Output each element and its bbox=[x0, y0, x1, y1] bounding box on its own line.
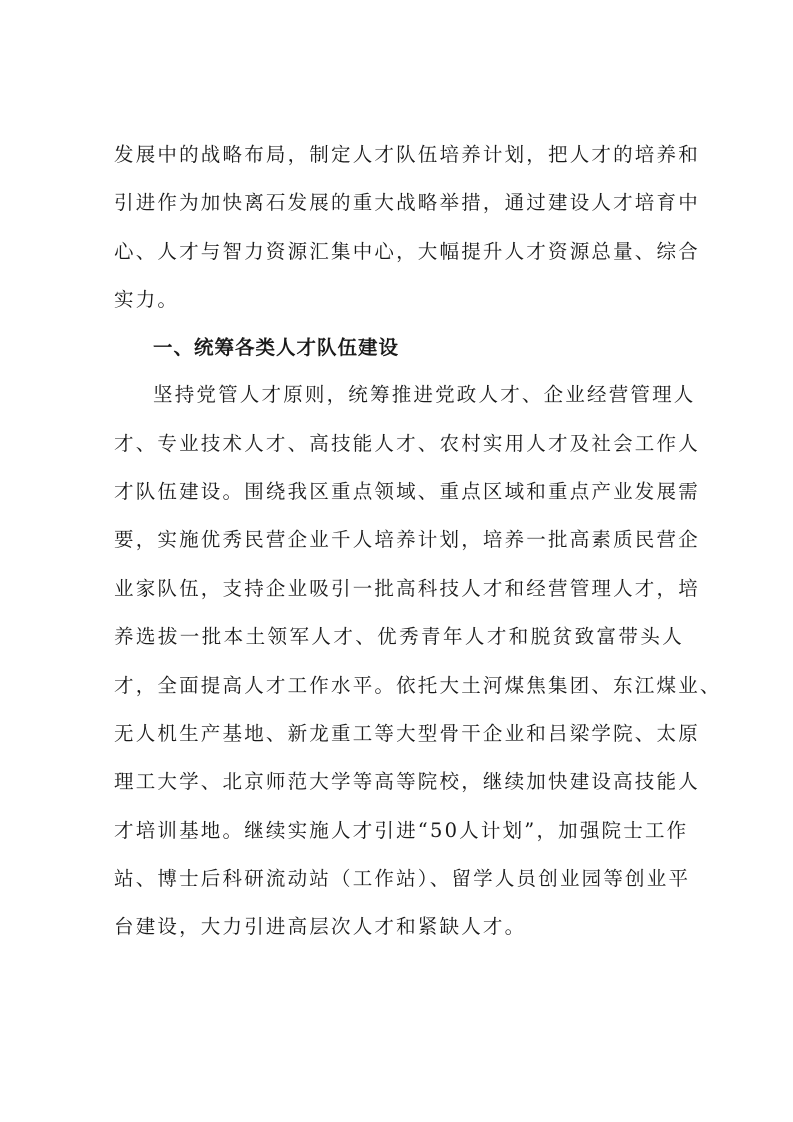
body-line: 台建设，大力引进高层次人才和紧缺人才。 bbox=[114, 915, 684, 939]
body-line: 坚持党管人才原则，统筹推进党政人才、企业经营管理人 bbox=[153, 383, 684, 407]
body-line: 无人机生产基地、新龙重工等大型骨干企业和吕梁学院、太原 bbox=[114, 722, 684, 746]
body-line: 才队伍建设。围绕我区重点领域、重点区域和重点产业发展需 bbox=[114, 480, 684, 504]
section-heading-1: 一、统筹各类人才队伍建设 bbox=[153, 336, 399, 360]
body-line: 理工大学、北京师范大学等高等院校，继续加快建设高技能人 bbox=[114, 770, 684, 794]
body-line: 引进作为加快离石发展的重大战略举措，通过建设人才培育中 bbox=[114, 191, 684, 215]
body-line: 才，全面提高人才工作水平。依托大土河煤焦集团、东江煤业、 bbox=[114, 674, 684, 698]
body-line: 心、人才与智力资源汇集中心，大幅提升人才资源总量、综合 bbox=[114, 240, 684, 264]
body-line: 实力。 bbox=[114, 288, 684, 312]
body-line: 业家队伍，支持企业吸引一批高科技人才和经营管理人才，培 bbox=[114, 577, 684, 601]
body-line: 养选拔一批本土领军人才、优秀青年人才和脱贫致富带头人 bbox=[114, 625, 684, 649]
body-line: 要，实施优秀民营企业千人培养计划，培养一批高素质民营企 bbox=[114, 528, 684, 552]
body-line: 发展中的战略布局，制定人才队伍培养计划，把人才的培养和 bbox=[114, 143, 684, 167]
body-line: 才、专业技术人才、高技能人才、农村实用人才及社会工作人 bbox=[114, 432, 684, 456]
body-line: 才培训基地。继续实施人才引进“50人计划”，加强院士工作 bbox=[114, 819, 684, 843]
document-page: 发展中的战略布局，制定人才队伍培养计划，把人才的培养和 引进作为加快离石发展的重… bbox=[0, 0, 793, 1122]
body-line: 站、博士后科研流动站（工作站）、留学人员创业园等创业平 bbox=[114, 867, 684, 891]
